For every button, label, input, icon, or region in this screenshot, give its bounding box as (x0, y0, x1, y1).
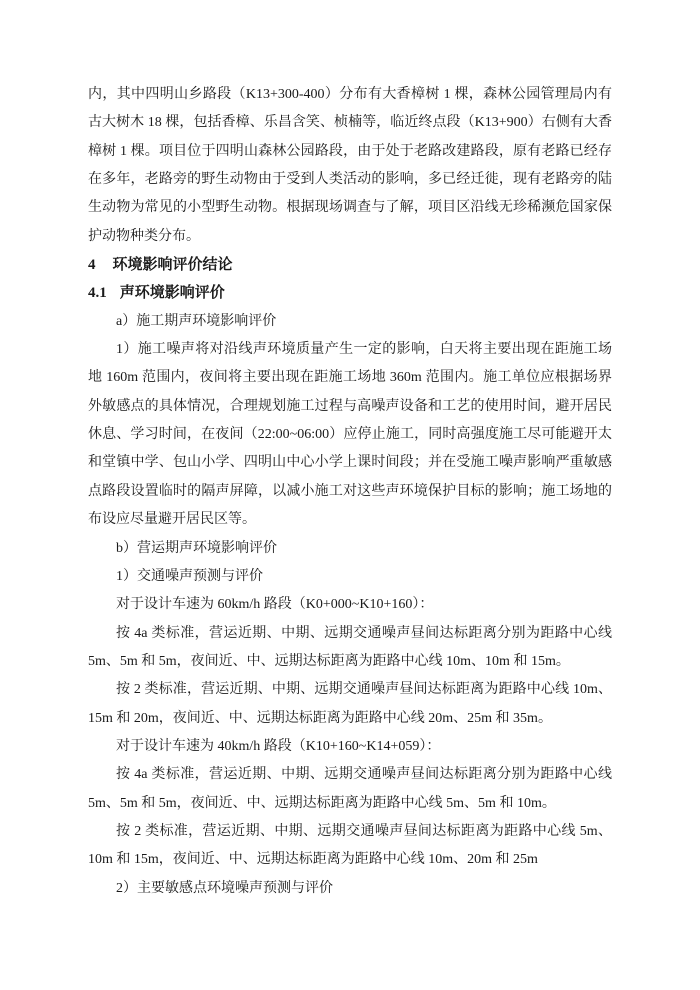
paragraph: a）施工期声环境影响评价 (88, 308, 612, 336)
paragraph: 对于设计车速为 40km/h 路段（K10+160~K14+059）： (88, 733, 612, 761)
paragraph: 1）交通噪声预测与评价 (88, 563, 612, 591)
document-content: 内，其中四明山乡路段（K13+300-400）分布有大香樟树 1 棵，森林公园管… (88, 81, 612, 903)
heading-text: 声环境影响评价 (120, 285, 225, 301)
paragraph: 1）施工噪声将对沿线声环境质量产生一定的影响，白天将主要出现在距施工场地 160… (88, 336, 612, 534)
paragraph: 按 4a 类标准，营运近期、中期、远期交通噪声昼间达标距离分别为距路中心线 5m… (88, 761, 612, 818)
paragraph: 内，其中四明山乡路段（K13+300-400）分布有大香樟树 1 棵，森林公园管… (88, 81, 612, 251)
paragraph: 2）主要敏感点环境噪声预测与评价 (88, 875, 612, 903)
paragraph: 按 2 类标准，营运近期、中期、远期交通噪声昼间达标距离为距路中心线 5m、10… (88, 818, 612, 875)
paragraph: 对于设计车速为 60km/h 路段（K0+000~K10+160）： (88, 591, 612, 619)
heading-text: 环境影响评价结论 (113, 257, 233, 273)
heading-number: 4 (88, 257, 96, 273)
paragraph: 按 2 类标准，营运近期、中期、远期交通噪声昼间达标距离为距路中心线 10m、1… (88, 676, 612, 733)
document-page: 内，其中四明山乡路段（K13+300-400）分布有大香樟树 1 棵，森林公园管… (0, 0, 700, 990)
paragraph: 按 4a 类标准，营运近期、中期、远期交通噪声昼间达标距离分别为距路中心线 5m… (88, 620, 612, 677)
section-heading: 4.1声环境影响评价 (88, 279, 612, 307)
heading-number: 4.1 (88, 285, 107, 301)
paragraph: b）营运期声环境影响评价 (88, 535, 612, 563)
section-heading: 4环境影响评价结论 (88, 251, 612, 279)
